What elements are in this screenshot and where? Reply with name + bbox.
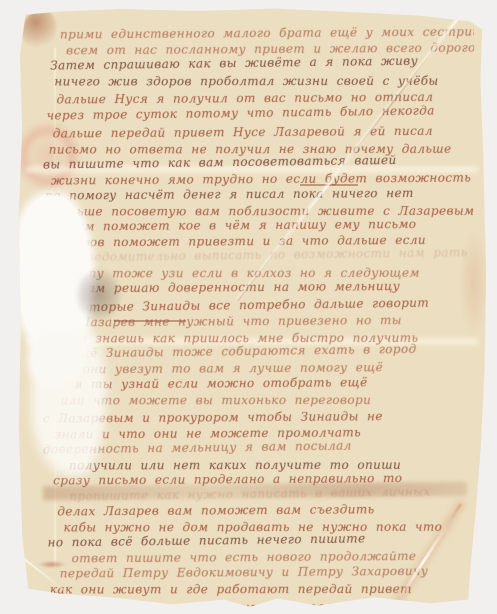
handwriting-line: или что можете вы тихонько переговори <box>61 392 477 408</box>
letter-paper: прими единственного малого брата ещё у м… <box>18 8 486 608</box>
handwriting-line: получили или нет каких получите то опиши <box>69 457 477 473</box>
ink-underline <box>300 184 358 186</box>
handwriting-line: я ты узнай если можно отобрать ещё <box>74 374 476 392</box>
handwriting-line: передай Петру Евдокимовичу и Петру Захар… <box>60 563 478 581</box>
letter-text: прими единственного малого брата ещё у м… <box>38 24 478 614</box>
handwriting-line: дальше передай привет Нусе Лазаревой я е… <box>53 123 475 141</box>
handwriting-line: бету тоже узи если в колхоз но я следующ… <box>70 265 476 281</box>
handwriting-line: ничего жив здоров проболтал жизни своей … <box>54 73 474 89</box>
scan-background: прими единственного малого брата ещё у м… <box>0 0 497 614</box>
handwriting-line: как они живут и где работают передай при… <box>50 581 478 597</box>
handwriting-line: делах Лазарев вам поможет вам съездить <box>57 501 477 519</box>
handwriting-line: дальше посоветую вам поблизости живите с… <box>53 203 475 219</box>
signature-line: Иванъ Петровичъ <box>210 598 478 614</box>
handwriting-line: Лазарев мне нужный что привезено но ты <box>80 312 476 330</box>
ink-underline <box>114 320 186 322</box>
handwriting-line: по помогу насчёт денег я писал пока ниче… <box>45 185 475 204</box>
